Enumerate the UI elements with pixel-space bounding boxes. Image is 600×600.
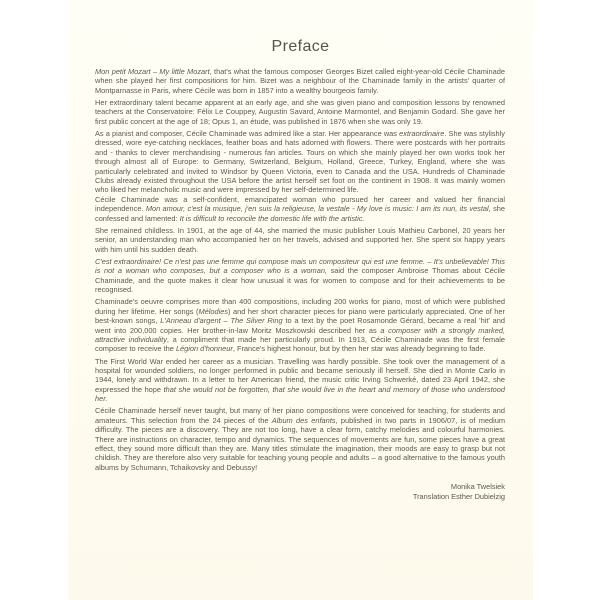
paragraph: Cécile Chaminade herself never taught, b… bbox=[95, 406, 505, 472]
page-title: Preface bbox=[68, 38, 533, 56]
text-segment: Her extraordinary talent became apparent… bbox=[95, 98, 505, 126]
text-segment: She remained childless. In 1901, at the … bbox=[95, 226, 505, 254]
text-segment: , France's highest honour, but by then h… bbox=[233, 344, 486, 353]
italic-text-segment: It is difficult to reconcile the domesti… bbox=[180, 214, 365, 223]
preface-text: Mon petit Mozart – My little Mozart, tha… bbox=[95, 67, 505, 472]
paragraph: The First World War ended her career as … bbox=[95, 357, 505, 404]
paragraph: C'est extraordinaire! Ce n'est pas une f… bbox=[95, 257, 505, 295]
scanned-page-background: Preface Mon petit Mozart – My little Moz… bbox=[0, 0, 600, 600]
paragraph: Cécile Chaminade was a self-confident, e… bbox=[95, 195, 505, 223]
paragraph: She remained childless. In 1901, at the … bbox=[95, 226, 505, 254]
signature-block: Monika Twelsiek Translation Esther Dubie… bbox=[95, 482, 505, 501]
paragraph: Her extraordinary talent became apparent… bbox=[95, 98, 505, 126]
italic-text-segment: Mélodies bbox=[198, 307, 228, 316]
paragraph: Chaminade's oeuvre comprises more than 4… bbox=[95, 297, 505, 353]
italic-text-segment: L'Anneau d'argent – The Silver Ring bbox=[160, 316, 282, 325]
italic-text-segment: Album des enfants bbox=[272, 416, 336, 425]
translator-credit: Translation Esther Dubielzig bbox=[95, 492, 505, 501]
text-segment: As a pianist and composer, Cécile Chamin… bbox=[95, 129, 399, 138]
paragraph: As a pianist and composer, Cécile Chamin… bbox=[95, 129, 505, 195]
text-segment: . She was stylishly dressed, wore eye-ca… bbox=[95, 129, 505, 194]
author-name: Monika Twelsiek bbox=[95, 482, 505, 491]
italic-text-segment: Mon amour, c'est la musique, j'en suis l… bbox=[146, 204, 491, 213]
preface-page: Preface Mon petit Mozart – My little Moz… bbox=[68, 0, 533, 600]
italic-text-segment: Mon petit Mozart – My little Mozart bbox=[95, 67, 210, 76]
italic-text-segment: Légion d'honneur bbox=[176, 344, 233, 353]
italic-text-segment: extraordinaire bbox=[399, 129, 444, 138]
paragraph: Mon petit Mozart – My little Mozart, tha… bbox=[95, 67, 505, 95]
